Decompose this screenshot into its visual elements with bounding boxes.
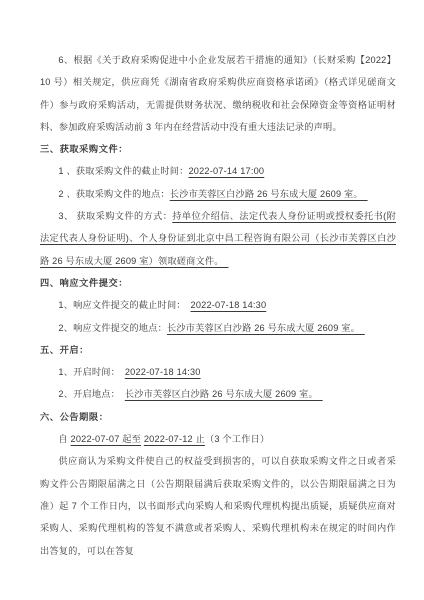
section-6-period-line-segment-4: （3 个工作日） xyxy=(205,434,269,444)
section-5-heading: 五、开启： xyxy=(40,339,396,361)
section-5-item-1: 1、开启时间： 2022-07-18 14:30 xyxy=(40,361,396,383)
section-4-heading: 四、响应文件提交： xyxy=(40,272,396,294)
section-4-item-2: 2、响应文件提交的地点：长沙市芙蓉区白沙路 26 号东成大厦 2609 室。 xyxy=(40,317,396,339)
section-5-heading-segment-0: 五、开启： xyxy=(40,345,89,355)
section-6-period-line-segment-0: 自 xyxy=(58,434,70,444)
section-3-item-1-segment-1: 2022-07-14 17:00 xyxy=(189,166,265,176)
document-page: 6、根据《关于政府采购促进中小企业发展若干措施的通知》（长财采购【2022】10… xyxy=(0,0,424,600)
section-3-item-1: 1 、获取采购文件的截止时间：2022-07-14 17:00 xyxy=(40,160,396,182)
section-6-period-line: 自 2022-07-07 起至 2022-07-12 止（3 个工作日） xyxy=(40,428,396,450)
section-6-period-line-segment-1: 2022-07-07 起至 xyxy=(71,434,142,444)
query-rights-paragraph: 供应商认为采购文件使自己的权益受到损害的，可以自获取采购文件之日或者采购文件公告… xyxy=(40,450,396,561)
section-4-item-2-segment-0: 2、响应文件提交的地点： xyxy=(58,323,167,333)
section-6-heading-segment-0: 六、公告期限： xyxy=(40,412,109,422)
clause-6-paragraph: 6、根据《关于政府采购促进中小企业发展若干措施的通知》（长财采购【2022】10… xyxy=(40,49,396,138)
section-6-period-line-segment-3: 2022-07-12 止 xyxy=(144,434,205,444)
section-4-item-1: 1、响应文件提交的截止时间： 2022-07-18 14:30 xyxy=(40,294,396,316)
section-4-item-1-segment-1: 2022-07-18 14:30 xyxy=(191,300,267,310)
section-3-item-3: 3、 获取采购文件的方式：持单位介绍信、法定代表人身份证明或授权委托书(附法定代… xyxy=(40,205,396,272)
section-4-heading-segment-0: 四、响应文件提交： xyxy=(40,278,128,288)
section-3-item-1-segment-0: 1 、获取采购文件的截止时间： xyxy=(58,166,188,176)
section-4-item-2-segment-1: 长沙市芙蓉区白沙路 26 号东成大厦 2609 室。 xyxy=(167,323,365,333)
section-5-item-1-segment-0: 1、开启时间： xyxy=(58,367,124,377)
section-3-heading-segment-0: 三、获取采购文件： xyxy=(40,144,128,154)
section-5-item-2-segment-1: 长沙市芙蓉区白沙路 26 号东成大厦 2609 室。 xyxy=(125,389,323,399)
section-3-item-2: 2 、获取采购文件的地点：长沙市芙蓉区白沙路 26 号东成大厦 2609 室。 xyxy=(40,183,396,205)
clause-6-paragraph-segment-0: 6、根据《关于政府采购促进中小企业发展若干措施的通知》（长财采购【2022】10… xyxy=(40,55,396,132)
document-body: 6、根据《关于政府采购促进中小企业发展若干措施的通知》（长财采购【2022】10… xyxy=(40,49,396,562)
section-3-item-2-segment-1: 长沙市芙蓉区白沙路 26 号东成大厦 2609 室。 xyxy=(170,189,368,199)
section-5-item-2: 2、开启地点： 长沙市芙蓉区白沙路 26 号东成大厦 2609 室。 xyxy=(40,383,396,405)
section-3-item-3-segment-0: 3、 获取采购文件的方式： xyxy=(58,211,172,221)
section-5-item-1-segment-1: 2022-07-18 14:30 xyxy=(125,367,201,377)
query-rights-paragraph-segment-0: 供应商认为采购文件使自己的权益受到损害的，可以自获取采购文件之日或者采购文件公告… xyxy=(40,456,396,555)
section-5-item-2-segment-0: 2、开启地点： xyxy=(58,389,124,399)
section-3-heading: 三、获取采购文件： xyxy=(40,138,396,160)
section-4-item-1-segment-0: 1、响应文件提交的截止时间： xyxy=(58,300,190,310)
section-6-heading: 六、公告期限： xyxy=(40,406,396,428)
section-3-item-2-segment-0: 2 、获取采购文件的地点： xyxy=(58,189,169,199)
